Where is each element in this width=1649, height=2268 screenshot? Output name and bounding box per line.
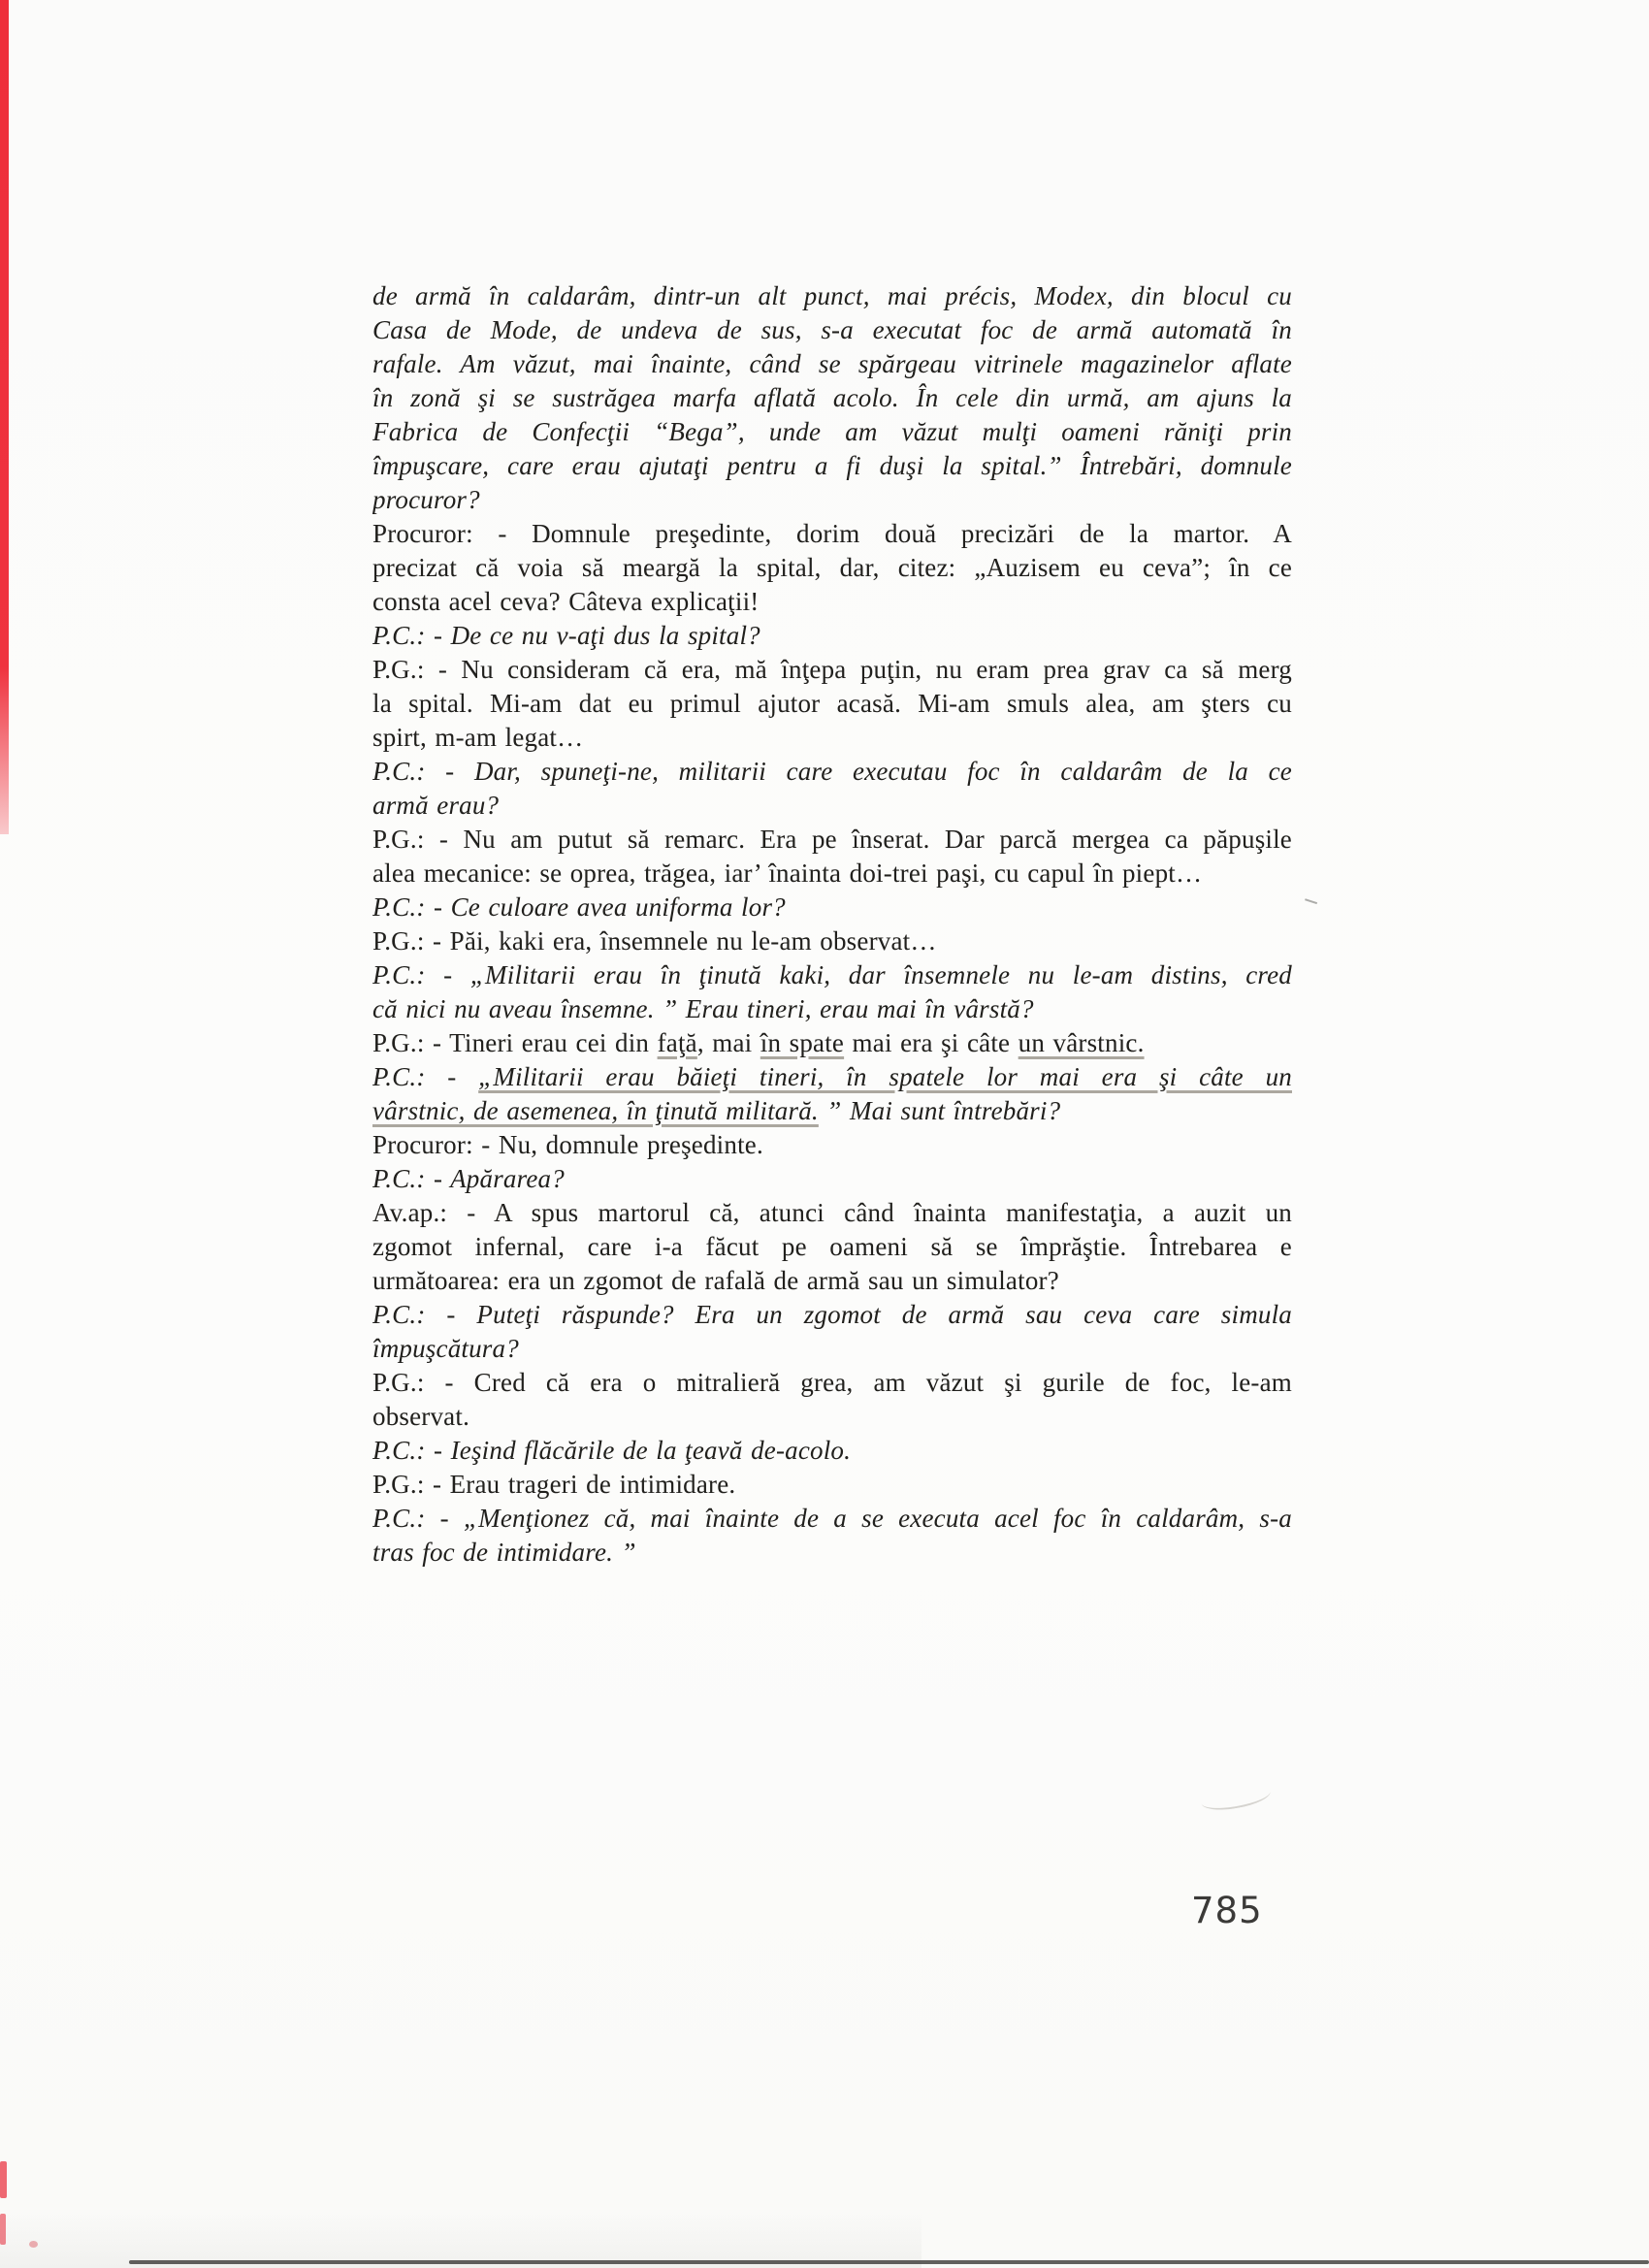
pencil-underlined-text: în spate (760, 1028, 844, 1057)
text-line: împuşcătura? (372, 1332, 1292, 1366)
text-line: P.G.: - Tineri erau cei din faţă, mai în… (372, 1026, 1292, 1060)
text-line: împuşcare, care erau ajutaţi pentru a fi… (372, 449, 1292, 483)
text-line: P.C.: - Ce culoare avea uniforma lor? (372, 891, 1292, 924)
text-line: de armă în caldarâm, dintr-un alt punct,… (372, 279, 1292, 313)
text-line: P.C.: - „Militarii erau în ţinută kaki, … (372, 958, 1292, 992)
scan-red-mark (0, 2161, 7, 2198)
text-line: P.C.: - Dar, spuneţi-ne, militarii care … (372, 755, 1292, 789)
text-line: precizat că voia să meargă la spital, da… (372, 551, 1292, 585)
pencil-underlined-text: faţă (658, 1028, 697, 1057)
text-line: P.C.: - „Menţionez că, mai înainte de a … (372, 1502, 1292, 1536)
text-line: consta acel ceva? Câteva explicaţii! (372, 585, 1292, 619)
text-line: vârstnic, de asemenea, în ţinută militar… (372, 1094, 1292, 1128)
text-line: Av.ap.: - A spus martorul că, atunci cân… (372, 1196, 1292, 1230)
pencil-underlined-text: „Militarii erau băieţi tineri, în spatel… (478, 1062, 1292, 1091)
scanned-document-page: de armă în caldarâm, dintr-un alt punct,… (0, 0, 1649, 2268)
page-number: 785 (1191, 1890, 1263, 1931)
text-line: P.G.: - Păi, kaki era, însemnele nu le-a… (372, 924, 1292, 958)
text-line: tras foc de intimidare. ” (372, 1536, 1292, 1570)
text-segment: P.G.: - Tineri erau cei din (372, 1028, 658, 1057)
text-line: procuror? (372, 483, 1292, 517)
text-line: P.C.: - „Militarii erau băieţi tineri, î… (372, 1060, 1292, 1094)
text-line: zgomot infernal, care i-a făcut pe oamen… (372, 1230, 1292, 1264)
pen-margin-tick (1303, 898, 1317, 911)
text-segment: ” Mai sunt întrebări? (819, 1096, 1060, 1125)
text-segment: mai era şi câte (844, 1028, 1018, 1057)
text-line: P.C.: - Puteţi răspunde? Era un zgomot d… (372, 1298, 1292, 1332)
text-line: spirt, m-am legat… (372, 721, 1292, 755)
pencil-squiggle (1200, 1781, 1273, 1814)
scan-bottom-edge-artifact (129, 2260, 1649, 2264)
text-line: următoarea: era un zgomot de rafală de a… (372, 1264, 1292, 1298)
text-line: că nici nu aveau însemne. ” Erau tineri,… (372, 992, 1292, 1026)
scan-red-edge-artifact (0, 0, 9, 834)
text-line: P.G.: - Erau trageri de intimidare. (372, 1468, 1292, 1502)
text-line: Procuror: - Nu, domnule preşedinte. (372, 1128, 1292, 1162)
text-line: P.C.: - Ieşind flăcările de la ţeavă de-… (372, 1434, 1292, 1468)
text-line: Fabrica de Confecţii “Bega”, unde am văz… (372, 415, 1292, 449)
text-segment: , mai (697, 1028, 760, 1057)
text-line: P.G.: - Nu consideram că era, mă înţepa … (372, 653, 1292, 687)
pencil-underlined-text: vârstnic, de asemenea, în ţinută militar… (372, 1096, 819, 1125)
text-line: alea mecanice: se oprea, trăgea, iar’ în… (372, 857, 1292, 891)
pencil-underlined-text: un vârstnic. (1018, 1028, 1145, 1057)
text-line: armă erau? (372, 789, 1292, 823)
text-line: observat. (372, 1400, 1292, 1434)
text-segment: P.C.: - (372, 1062, 478, 1091)
text-line: la spital. Mi-am dat eu primul ajutor ac… (372, 687, 1292, 721)
text-line: P.G.: - Nu am putut să remarc. Era pe în… (372, 823, 1292, 857)
text-line: în zonă şi se sustrăgea marfa aflată aco… (372, 381, 1292, 415)
text-block: de armă în caldarâm, dintr-un alt punct,… (372, 279, 1292, 1570)
text-line: P.C.: - De ce nu v-aţi dus la spital? (372, 619, 1292, 653)
text-line: Procuror: - Domnule preşedinte, dorim do… (372, 517, 1292, 551)
text-line: P.G.: - Cred că era o mitralieră grea, a… (372, 1366, 1292, 1400)
text-line: P.C.: - Apărarea? (372, 1162, 1292, 1196)
text-line: Casa de Mode, de undeva de sus, s-a exec… (372, 313, 1292, 347)
text-line: rafale. Am văzut, mai înainte, când se s… (372, 347, 1292, 381)
